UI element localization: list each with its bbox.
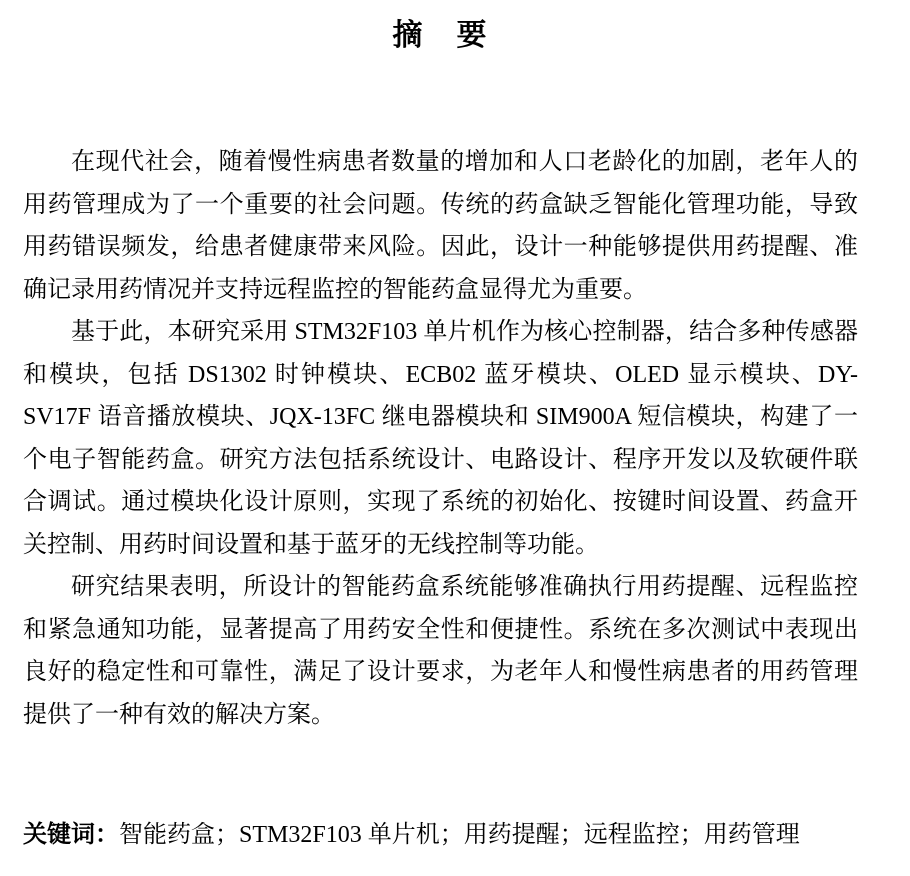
keywords-line: 关键词：智能药盒；STM32F103 单片机；用药提醒；远程监控；用药管理 [23, 814, 858, 857]
abstract-paragraph-2: 基于此，本研究采用 STM32F103 单片机作为核心控制器，结合多种传感器和模… [23, 311, 858, 566]
keywords-text: 智能药盒；STM32F103 单片机；用药提醒；远程监控；用药管理 [119, 822, 800, 848]
abstract-paragraph-3: 研究结果表明，所设计的智能药盒系统能够准确执行用药提醒、远程监控和紧急通知功能，… [23, 566, 858, 736]
abstract-page: 摘 要 在现代社会，随着慢性病患者数量的增加和人口老龄化的加剧，老年人的用药管理… [0, 0, 910, 876]
page-title: 摘 要 [23, 19, 858, 53]
keywords-label: 关键词： [23, 822, 119, 848]
abstract-body: 在现代社会，随着慢性病患者数量的增加和人口老龄化的加剧，老年人的用药管理成为了一… [23, 141, 858, 736]
abstract-paragraph-1: 在现代社会，随着慢性病患者数量的增加和人口老龄化的加剧，老年人的用药管理成为了一… [23, 141, 858, 311]
